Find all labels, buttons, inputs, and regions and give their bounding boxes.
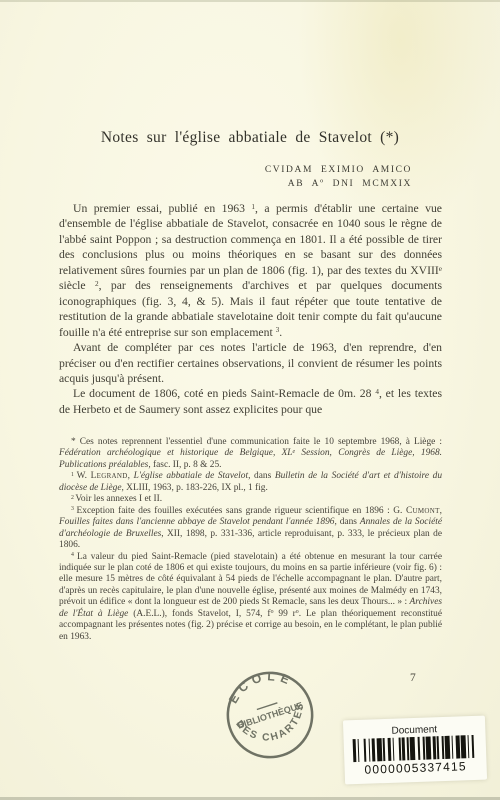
scanned-page: { "document": { "title": "Notes sur l'ég… xyxy=(0,0,500,800)
footnote: 4 La valeur du pied Saint-Remacle (pied … xyxy=(59,552,442,644)
barcode-number: 0000005337415 xyxy=(364,759,467,777)
footnote: 1 W. Legrand, L'église abbatiale de Stav… xyxy=(59,471,442,494)
footnote: * Ces notes reprennent l'essentiel d'une… xyxy=(59,437,442,471)
library-stamp: ECOLE DES CHARTES BIBLIOTHÈQUE xyxy=(208,653,331,776)
barcode-bars-icon xyxy=(352,735,477,762)
barcode-title: Document xyxy=(391,724,437,737)
dedication-line-1: CVIDAM EXIMIO AMICO xyxy=(265,164,412,178)
body-paragraph: Un premier essai, publié en 1963 1, a pe… xyxy=(59,201,442,340)
footnote: 2 Voir les annexes I et II. xyxy=(59,494,442,505)
body-paragraph: Le document de 1806, coté en pieds Saint… xyxy=(59,386,442,417)
page-number: 7 xyxy=(410,672,416,684)
page-title: Notes sur l'église abbatiale de Stavelot… xyxy=(0,129,500,147)
footnotes: * Ces notes reprennent l'essentiel d'une… xyxy=(59,437,442,643)
dedication: CVIDAM EXIMIO AMICO AB Aº DNI MCMXIX xyxy=(265,164,412,191)
svg-text:ECOLE: ECOLE xyxy=(221,660,299,708)
body-text: Un premier essai, publié en 1963 1, a pe… xyxy=(59,201,442,417)
barcode-label: Document 0000005337415 xyxy=(343,716,487,785)
stamp-arc-top-text: ECOLE xyxy=(221,660,299,708)
body-paragraph: Avant de compléter par ces notes l'artic… xyxy=(59,340,442,386)
dedication-line-2: AB Aº DNI MCMXIX xyxy=(265,178,412,192)
scan-edge-top xyxy=(0,0,500,2)
footnote: 3 Exception faite des fouilles exécutées… xyxy=(59,506,442,552)
